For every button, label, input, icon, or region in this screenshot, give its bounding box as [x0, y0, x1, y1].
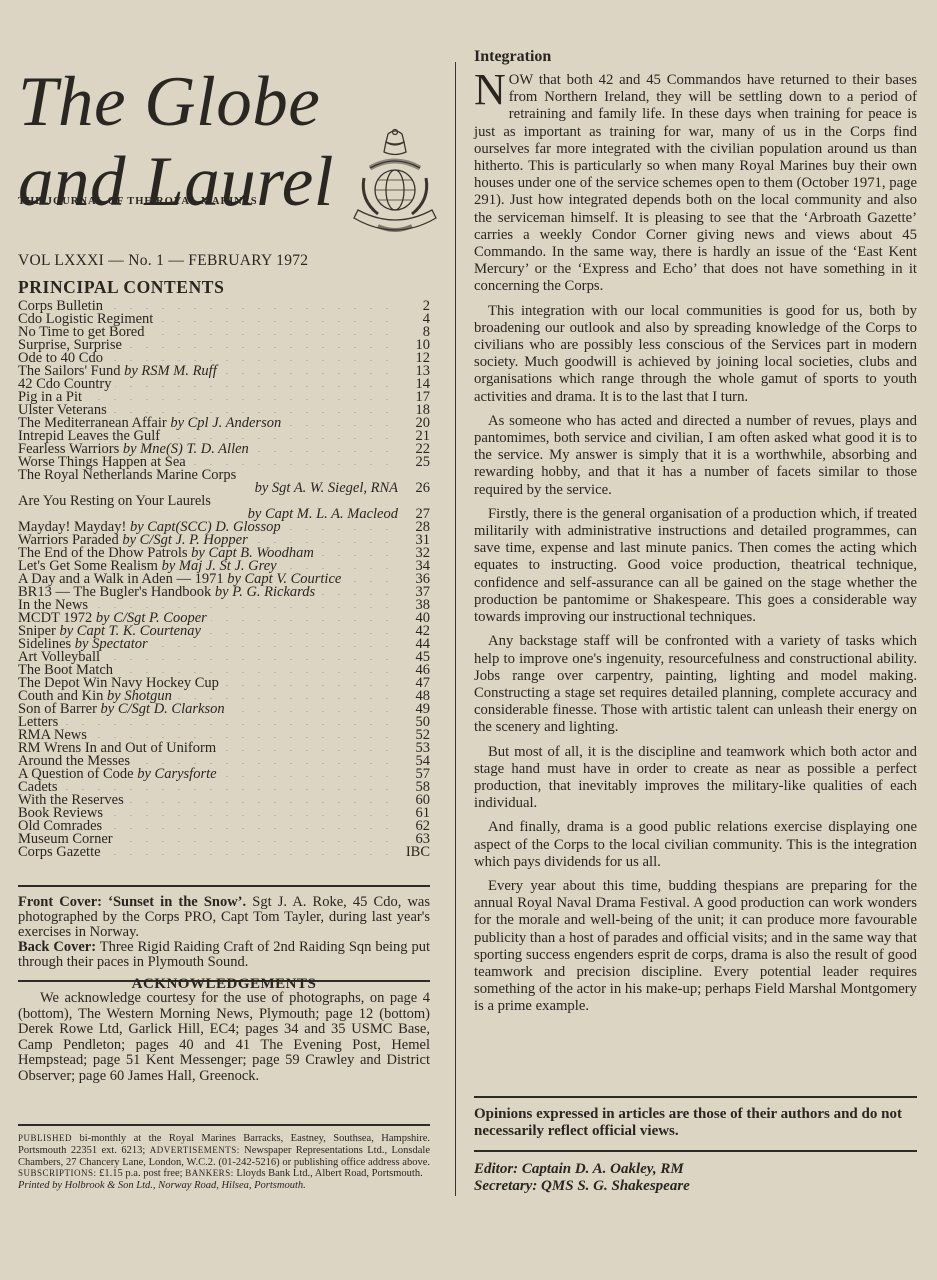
divider [18, 885, 430, 887]
disclaimer: Opinions expressed in articles are those… [474, 1106, 917, 1140]
editorial-body: NOW that both 42 and 45 Commandos have r… [474, 72, 917, 1016]
toc-entry-byline: by P. G. Rickards [215, 584, 315, 600]
bankers-label: BANKERS: [185, 1168, 234, 1178]
back-cover-label: Back Cover: [18, 939, 96, 955]
toc-entry: . . . . . . . . . . . . . . . . . . . . … [18, 768, 430, 781]
toc-entry-byline: by Carysforte [137, 766, 216, 782]
editorial-paragraph: But most of all, it is the discipline an… [474, 744, 917, 813]
divider [18, 1124, 430, 1126]
paragraph-text: OW that both 42 and 45 Commandos have re… [474, 72, 917, 294]
editorial-paragraph: As someone who has acted and directed a … [474, 413, 917, 499]
toc-entry-byline: by RSM M. Ruff [124, 363, 217, 379]
acknowledgements-text: We acknowledge courtesy for the use of p… [18, 991, 430, 1084]
toc-entry-page: 25 [400, 456, 430, 469]
toc-entry-byline: by Sgt A. W. Siegel, RNA [255, 482, 398, 495]
toc-entry-byline: by C/Sgt D. Clarkson [101, 701, 225, 717]
toc-entry-title: The Royal Netherlands Marine Corps [18, 469, 240, 482]
editorial-heading: Integration [474, 48, 917, 66]
divider [474, 1150, 917, 1152]
publishing-info: PUBLISHED bi-monthly at the Royal Marine… [18, 1124, 430, 1192]
toc-entry: . . . . . . . . . . . . . . . . . . . . … [18, 846, 430, 859]
editorial-paragraph: Firstly, there is the general organisati… [474, 506, 917, 626]
masthead-title-line-2: and Laurel [18, 142, 334, 222]
front-cover-label: Front Cover: [18, 894, 102, 910]
subscriptions-label: SUBSCRIPTIONS: [18, 1168, 97, 1178]
masthead-title-line-1: The Globe [18, 62, 334, 142]
journal-page: The Globe and Laurel THE JOURNAL OF THE … [0, 0, 937, 1280]
toc-entry: . . . . . . . . . . . . . . . . . . . . … [18, 703, 430, 716]
editorial-paragraph: NOW that both 42 and 45 Commandos have r… [474, 72, 917, 296]
drop-cap: N [474, 73, 509, 107]
editor-credit: Editor: Captain D. A. Oakley, RM [474, 1161, 690, 1178]
divider [474, 1096, 917, 1098]
advertisements-label: ADVERTISEMENTS: [150, 1145, 240, 1155]
editorial-paragraph: Any backstage staff will be confronted w… [474, 633, 917, 736]
editorial-column: Integration NOW that both 42 and 45 Comm… [474, 48, 917, 1023]
table-of-contents: . . . . . . . . . . . . . . . . . . . . … [18, 300, 430, 859]
issue-volume-line: VOL LXXXI — No. 1 — FEBRUARY 1972 [18, 252, 308, 270]
toc-entry-title: Corps Gazette [18, 846, 105, 859]
royal-marines-crest-icon [350, 128, 440, 233]
editorial-paragraph: And finally, drama is a good public rela… [474, 819, 917, 871]
toc-entry-page: IBC [400, 846, 430, 859]
bankers-text: Lloyds Bank Ltd., Albert Road, Portsmout… [236, 1168, 422, 1179]
back-cover-note: Back Cover: Three Rigid Raiding Craft of… [18, 940, 430, 970]
editorial-paragraph: Every year about this time, budding thes… [474, 878, 917, 1016]
contents-heading: PRINCIPAL CONTENTS [18, 277, 224, 298]
cover-notes: Front Cover: ‘Sunset in the Snow’. Sgt J… [18, 885, 430, 982]
staff-credits: Editor: Captain D. A. Oakley, RM Secreta… [474, 1161, 690, 1195]
toc-entry-title: Are You Resting on Your Laurels [18, 495, 215, 508]
secretary-credit: Secretary: QMS S. G. Shakespeare [474, 1178, 690, 1195]
editorial-paragraph: This integration with our local communit… [474, 303, 917, 406]
published-label: PUBLISHED [18, 1133, 72, 1143]
printed-by: Printed by Holbrook & Son Ltd., Norway R… [18, 1180, 430, 1192]
front-cover-title: ‘Sunset in the Snow’. [108, 894, 246, 910]
toc-entry-page: 26 [400, 482, 430, 495]
toc-entry-byline: by Cpl J. Anderson [170, 415, 281, 431]
front-cover-note: Front Cover: ‘Sunset in the Snow’. Sgt J… [18, 895, 430, 940]
column-divider [455, 62, 456, 1196]
journal-subtitle: THE JOURNAL OF THE ROYAL MARINES [18, 196, 258, 207]
subscriptions-text: £1.15 p.a. post free; [99, 1168, 182, 1179]
